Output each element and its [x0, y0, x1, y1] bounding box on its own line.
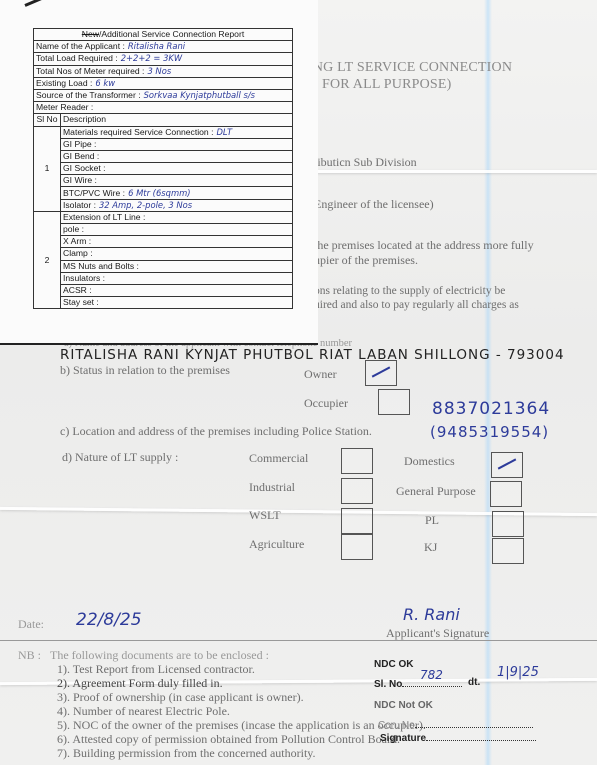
divider: [0, 640, 597, 641]
cell-text: 2+2+2 = 3KW: [121, 53, 182, 63]
item-d-label: d) Nature of LT supply :: [62, 450, 178, 465]
date-label: Date:: [18, 617, 44, 632]
status-owner-label: Owner: [304, 367, 337, 382]
table-cell: ACSR :: [61, 284, 293, 296]
sub-division-text: tributicn Sub Division: [310, 155, 417, 170]
table-cell: Extension of LT Line :: [61, 211, 293, 223]
cell-text: Extension of LT Line :: [63, 212, 145, 222]
table-row: Name of the Applicant :Ritalisha Rani: [34, 41, 293, 53]
cell-text: New: [82, 29, 99, 39]
sl-no-label: Sl. No: [374, 679, 462, 690]
supply-industrial-label: Industrial: [249, 480, 295, 495]
table-row: Total Nos of Meter required :3 Nos: [34, 65, 293, 77]
cell-text: X Arm :: [63, 236, 91, 246]
table-header-row: Sl NoDescription: [34, 114, 293, 126]
nb-label: NB :: [18, 648, 41, 663]
nb-intro: The following documents are to be enclos…: [50, 648, 269, 663]
table-row: ACSR :: [34, 284, 293, 296]
supply-kj-label: KJ: [424, 540, 437, 555]
paragraph-2-line-1: ons relating to the supply of electricit…: [314, 285, 505, 297]
cell-text: Sorkvaa Kynjatphutball s/s: [144, 90, 255, 100]
document-item: 4). Number of nearest Electric Pole.: [57, 704, 230, 719]
cell-text: BTC/PVC Wire :: [63, 188, 125, 198]
applicant-address-value: RITALISHA RANI KYNJAT PHUTBOL RIAT LABAN…: [60, 347, 565, 363]
table-row: GI Bend :: [34, 150, 293, 162]
document-item: 7). Building permission from the concern…: [57, 746, 316, 761]
supply-agriculture-checkbox[interactable]: [341, 534, 373, 560]
table-row: Total Load Required :2+2+2 = 3KW: [34, 53, 293, 65]
cell-text: Isolator :: [63, 200, 96, 210]
cell-text: Existing Load :: [36, 78, 92, 88]
cell-text: DLT: [216, 127, 232, 137]
item-c-label: c) Location and address of the premises …: [60, 424, 372, 439]
status-owner-checkbox[interactable]: [365, 360, 397, 386]
cell-text: Clamp :: [63, 248, 93, 258]
cell-text: Insulators :: [63, 273, 105, 283]
supply-commercial-checkbox[interactable]: [341, 448, 373, 474]
table-cell: 2: [34, 211, 61, 309]
supply-pl-checkbox[interactable]: [492, 511, 524, 537]
table-row: X Arm :: [34, 236, 293, 248]
supply-kj-checkbox[interactable]: [492, 538, 524, 564]
ndc-ok-label: NDC OK: [374, 659, 413, 670]
cell-text: Total Load Required :: [36, 53, 118, 63]
service-connection-report-table: New/Additional Service Connection Report…: [33, 28, 293, 309]
status-occupier-label: Occupier: [304, 396, 348, 411]
table-row: Meter Reader :: [34, 102, 293, 114]
table-cell: pole :: [61, 224, 293, 236]
cell-text: 6 Mtr (6sqmm): [128, 188, 190, 198]
supply-industrial-checkbox[interactable]: [341, 478, 373, 504]
table-cell: Meter Reader :: [34, 102, 293, 114]
cell-text: New/Additional Service Connection Report: [34, 29, 293, 41]
checkmark-icon: [498, 458, 517, 469]
stamp-signature-label: Signature: [380, 733, 536, 744]
cell-text: 6 kw: [95, 78, 115, 88]
paragraph-1-line-1: the premises located at the address more…: [314, 238, 534, 253]
supply-pl-label: PL: [425, 513, 439, 528]
cell-text: 3 Nos: [147, 66, 171, 76]
cell-text: ACSR :: [63, 285, 92, 295]
document-item: 6). Attested copy of permission obtained…: [57, 732, 400, 747]
table-cell: Sl No: [34, 114, 61, 126]
table-cell: GI Bend :: [61, 150, 293, 162]
table-row: MS Nuts and Bolts :: [34, 260, 293, 272]
supply-agriculture-label: Agriculture: [249, 537, 304, 552]
cell-text: Materials required Service Connection :: [63, 127, 213, 137]
cell-text: pole :: [63, 224, 84, 234]
cell-text: Stay set :: [63, 297, 99, 307]
supply-general-purpose-checkbox[interactable]: [490, 481, 522, 507]
table-row: Source of the Transformer :Sorkvaa Kynja…: [34, 89, 293, 101]
date-value: 22/8/25: [76, 610, 142, 630]
checkmark-icon: [372, 366, 391, 377]
table-cell: X Arm :: [61, 236, 293, 248]
table-cell: Isolator :32 Amp, 2-pole, 3 Nos: [61, 199, 293, 211]
status-occupier-checkbox[interactable]: [378, 389, 410, 415]
applicant-signature-label: Applicant's Signature: [386, 626, 489, 641]
table-row: 2Extension of LT Line :: [34, 211, 293, 223]
document-item: 2). Agreement Form duly filled in.: [57, 676, 223, 691]
table-cell: Total Nos of Meter required :3 Nos: [34, 65, 293, 77]
table-row: GI Wire :: [34, 175, 293, 187]
cell-text: Source of the Transformer :: [36, 90, 141, 100]
table-cell: 1: [34, 126, 61, 211]
table-row: GI Pipe :: [34, 138, 293, 150]
table-cell: BTC/PVC Wire :6 Mtr (6sqmm): [61, 187, 293, 199]
con-no-label: Con. No: [378, 720, 533, 731]
table-cell: Existing Load :6 kw: [34, 77, 293, 89]
paragraph-1-line-2: upier of the premises.: [314, 253, 418, 268]
table-row: pole :: [34, 224, 293, 236]
table-row: Insulators :: [34, 272, 293, 284]
table-cell: Name of the Applicant :Ritalisha Rani: [34, 41, 293, 53]
item-b-label: b) Status in relation to the premises: [60, 363, 230, 378]
supply-wslt-label: WSLT: [249, 508, 281, 523]
form-heading-line2: D FOR ALL PURPOSE): [308, 77, 452, 93]
table-cell: Description: [61, 114, 293, 126]
table-cell: Total Load Required :2+2+2 = 3KW: [34, 53, 293, 65]
cell-text: Ritalisha Rani: [128, 41, 185, 51]
cell-text: GI Wire :: [63, 175, 97, 185]
cell-text: GI Bend :: [63, 151, 99, 161]
dt-value: 1|9|25: [497, 665, 539, 680]
engineer-text: Engineer of the licensee): [314, 197, 434, 212]
ndc-not-ok-label: NDC Not OK: [374, 700, 433, 711]
document-item: 3). Proof of ownership (in case applican…: [57, 690, 304, 705]
form-heading-line1: ING LT SERVICE CONNECTION: [308, 60, 512, 76]
paragraph-2-line-2: uired and also to pay regularly all char…: [314, 299, 519, 311]
supply-domestics-checkbox[interactable]: [491, 452, 523, 478]
phone-number-1: 8837021364: [432, 399, 550, 419]
supply-wslt-checkbox[interactable]: [341, 508, 373, 534]
supply-general-purpose-label: General Purpose: [396, 484, 476, 499]
table-row: Clamp :: [34, 248, 293, 260]
table-cell: Insulators :: [61, 272, 293, 284]
table-cell: GI Wire :: [61, 175, 293, 187]
table-row: GI Socket :: [34, 163, 293, 175]
table-cell: Clamp :: [61, 248, 293, 260]
supply-commercial-label: Commercial: [249, 451, 308, 466]
table-cell: Source of the Transformer :Sorkvaa Kynja…: [34, 89, 293, 101]
cell-text: /Additional Service Connection Report: [99, 29, 244, 39]
table-cell: MS Nuts and Bolts :: [61, 260, 293, 272]
table-row: 1Materials required Service Connection :…: [34, 126, 293, 138]
table-cell: Materials required Service Connection :D…: [61, 126, 293, 138]
supply-domestics-label: Domestics: [404, 454, 455, 469]
sl-no-value: 782: [420, 668, 443, 682]
table-row: Stay set :: [34, 297, 293, 309]
table-row: BTC/PVC Wire :6 Mtr (6sqmm): [34, 187, 293, 199]
document-item: 5). NOC of the owner of the premises (in…: [57, 718, 426, 733]
table-cell: GI Socket :: [61, 163, 293, 175]
table-row: Isolator :32 Amp, 2-pole, 3 Nos: [34, 199, 293, 211]
cell-text: Name of the Applicant :: [36, 41, 125, 51]
applicant-signature-value: R. Rani: [403, 605, 460, 624]
cell-text: GI Socket :: [63, 163, 106, 173]
cell-text: MS Nuts and Bolts :: [63, 261, 139, 271]
table-row: Existing Load :6 kw: [34, 77, 293, 89]
dt-label: dt.: [468, 677, 480, 688]
cell-text: Total Nos of Meter required :: [36, 66, 144, 76]
table-cell: Stay set :: [61, 297, 293, 309]
cell-text: 32 Amp, 2-pole, 3 Nos: [99, 200, 192, 210]
cell-text: Meter Reader :: [36, 102, 93, 112]
cell-text: GI Pipe :: [63, 139, 96, 149]
document-item: 1). Test Report from Licensed contractor…: [57, 662, 255, 677]
phone-number-2: (9485319554): [430, 423, 549, 441]
report-title: New/Additional Service Connection Report: [34, 29, 293, 41]
table-cell: GI Pipe :: [61, 138, 293, 150]
scan-streak: [484, 0, 492, 765]
